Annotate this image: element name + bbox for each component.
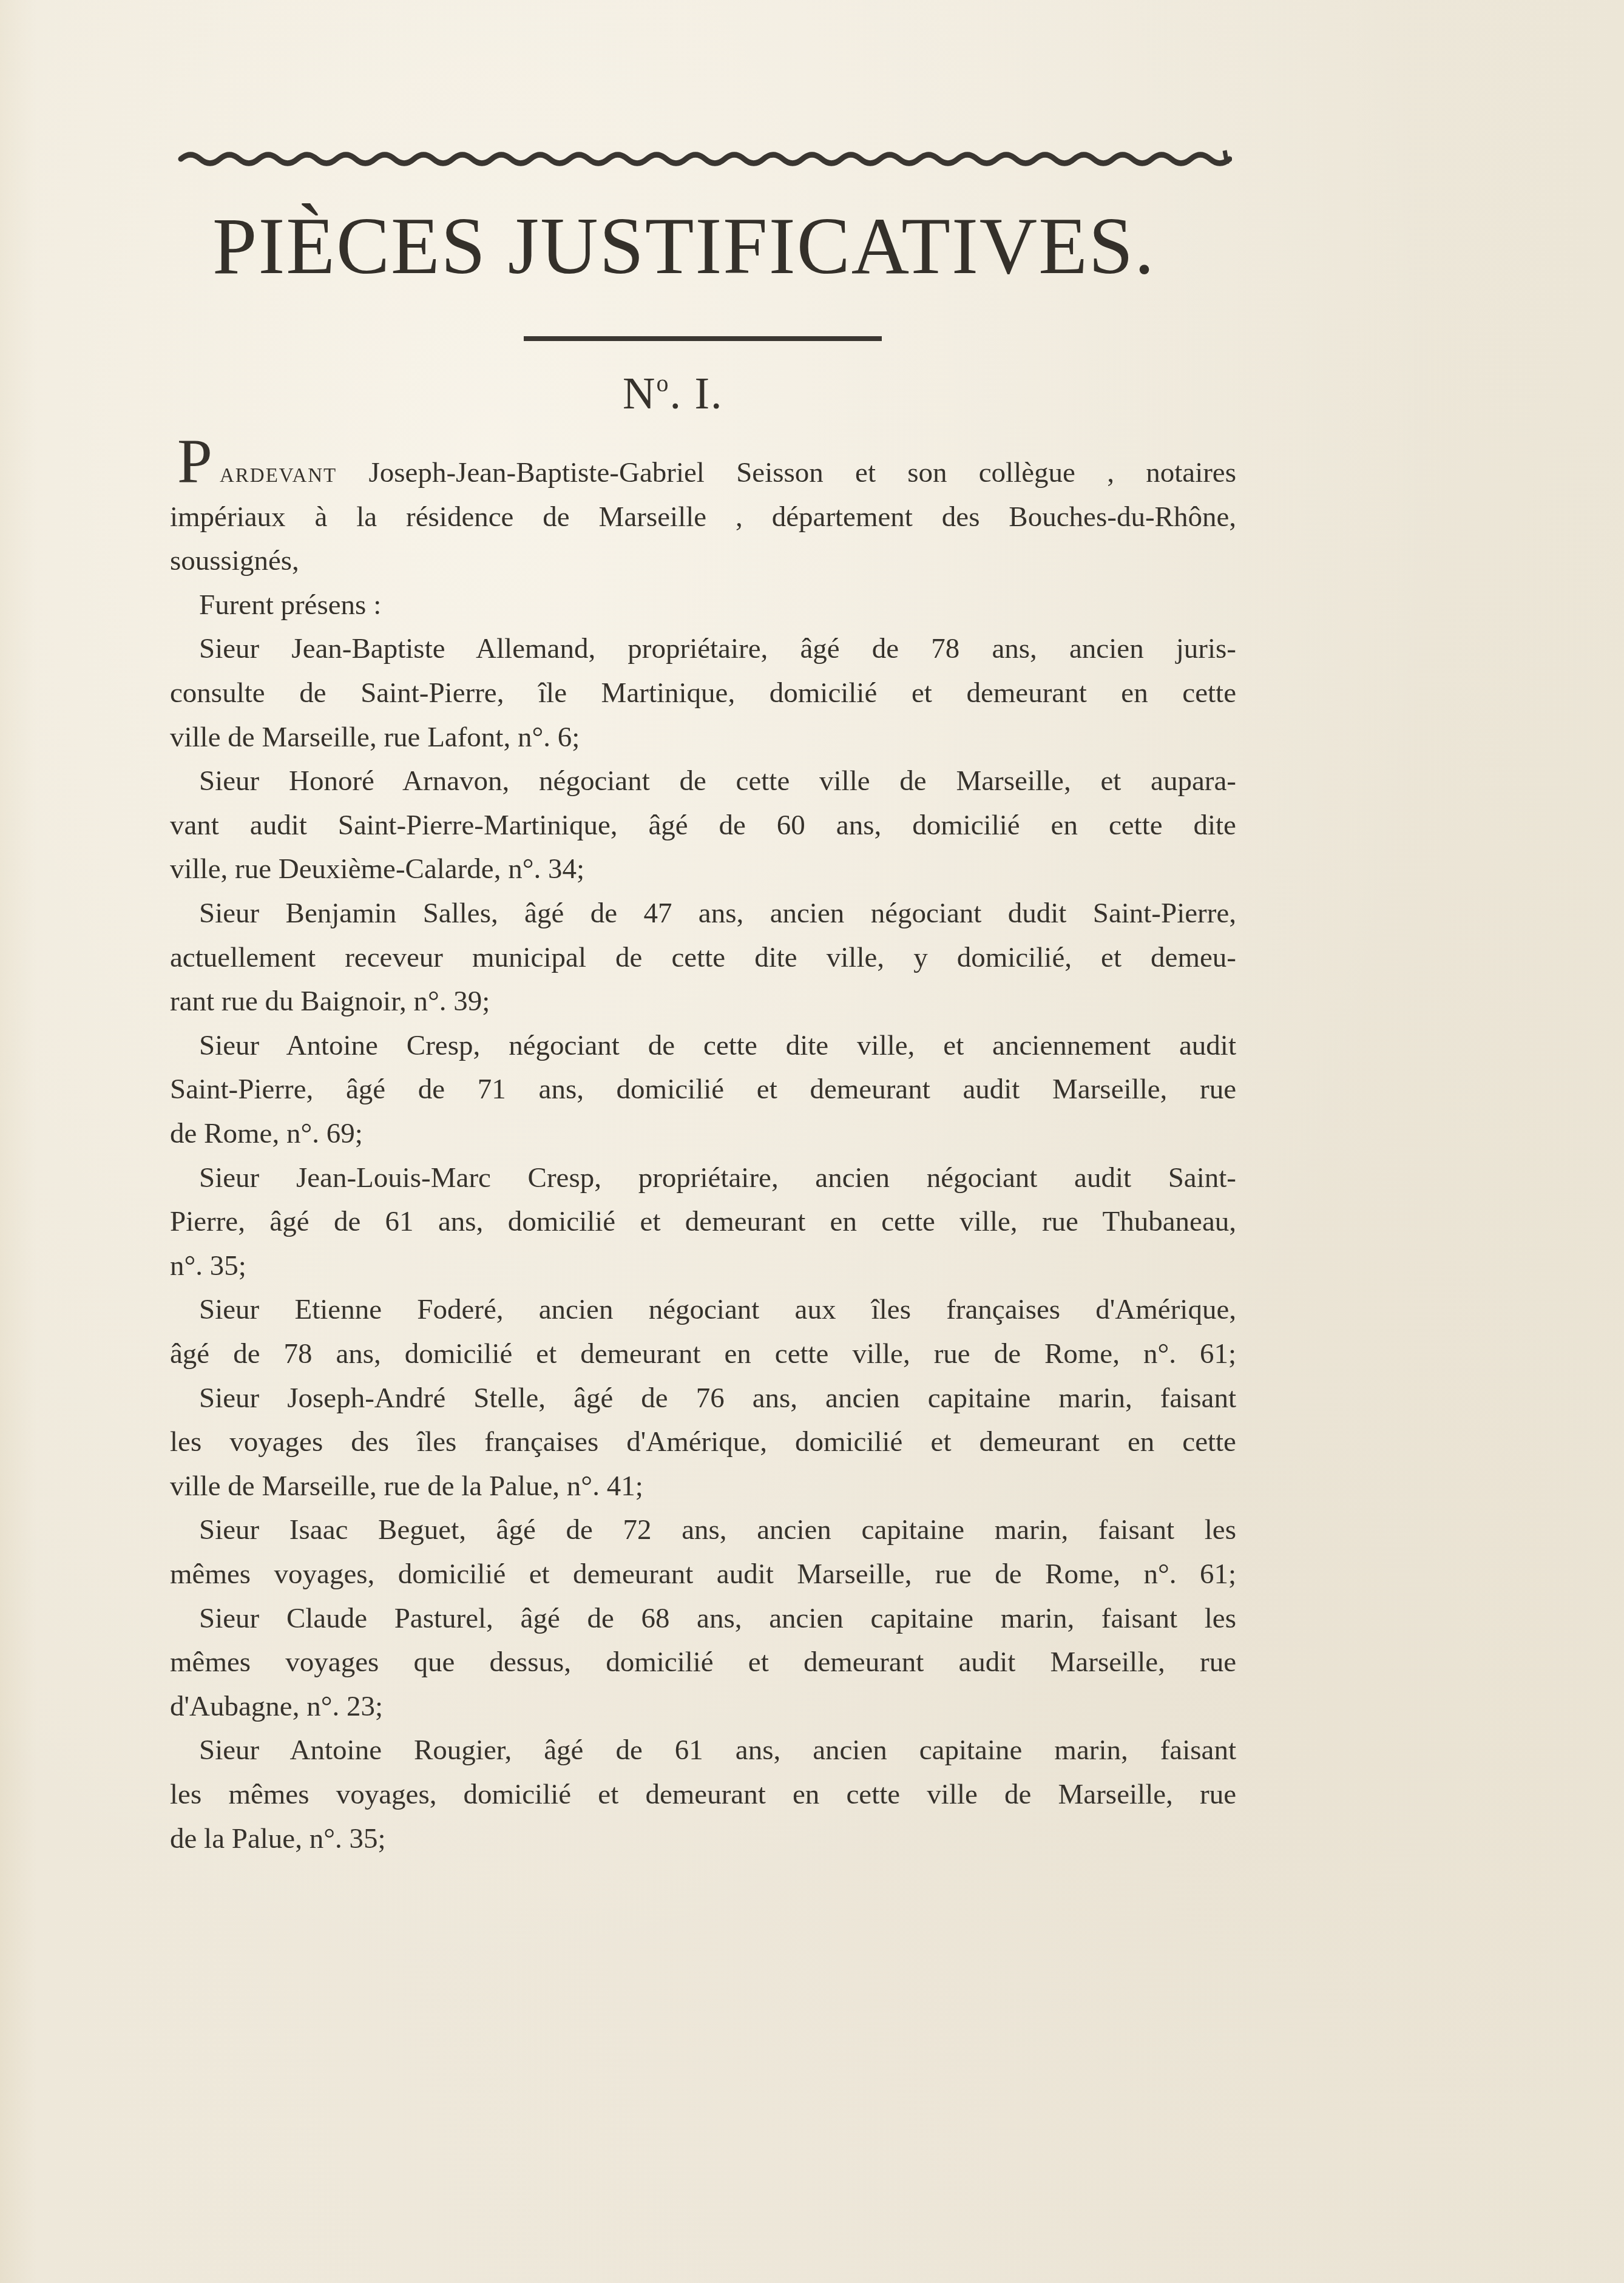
section-number: No. I. (623, 371, 723, 416)
text-line: Sieur Jean-Baptiste Allemand, propriétai… (199, 631, 1236, 667)
text-line: ville, rue Deuxième-Calarde, n°. 34; (170, 851, 584, 887)
text-line: actuellement receveur municipal de cette… (170, 939, 1236, 976)
section-number-rest: . I. (669, 369, 723, 419)
text-line: de Rome, n°. 69; (170, 1115, 363, 1152)
text-line: Sieur Claude Pasturel, âgé de 68 ans, an… (199, 1600, 1236, 1637)
text-line: Sieur Antoine Rougier, âgé de 61 ans, an… (199, 1732, 1236, 1768)
drop-cap: P (177, 430, 212, 493)
wavy-ornament-rule (177, 144, 1232, 169)
text-line: âgé de 78 ans, domicilié et demeurant en… (170, 1336, 1236, 1372)
first-line-text: Joseph-Jean-Baptiste-Gabriel Seisson et … (337, 457, 1236, 489)
section-divider-rule (524, 336, 882, 341)
text-line: impériaux à la résidence de Marseille , … (170, 499, 1236, 535)
section-number-prefix: N (623, 369, 656, 419)
page-title: PIÈCES JUSTIFICATIVES. (212, 205, 1193, 286)
text-line: ardevant Joseph-Jean-Baptiste-Gabriel Se… (220, 455, 1236, 491)
text-line: Sieur Joseph-André Stelle, âgé de 76 ans… (199, 1380, 1236, 1416)
section-number-sup: o (656, 370, 669, 397)
text-line: ville de Marseille, rue de la Palue, n°.… (170, 1468, 643, 1504)
text-line: les voyages des îles françaises d'Amériq… (170, 1424, 1236, 1460)
text-line: Sieur Antoine Cresp, négociant de cette … (199, 1027, 1236, 1064)
text-line: Pierre, âgé de 61 ans, domicilié et deme… (170, 1203, 1236, 1240)
opening-smallcaps: ardevant (220, 457, 337, 489)
text-line: Sieur Jean-Louis-Marc Cresp, propriétair… (199, 1160, 1236, 1196)
text-line: Sieur Isaac Beguet, âgé de 72 ans, ancie… (199, 1512, 1236, 1548)
text-line: mêmes voyages que dessus, domicilié et d… (170, 1644, 1236, 1680)
text-line: Sieur Benjamin Salles, âgé de 47 ans, an… (199, 895, 1236, 932)
text-line: soussignés, (170, 543, 299, 579)
text-line: Sieur Honoré Arnavon, négociant de cette… (199, 763, 1236, 799)
text-line: Furent présens : (199, 587, 1236, 623)
text-line: consulte de Saint-Pierre, île Martinique… (170, 675, 1236, 711)
text-line: de la Palue, n°. 35; (170, 1821, 386, 1857)
text-line: mêmes voyages, domicilié et demeurant au… (170, 1556, 1236, 1592)
text-line: rant rue du Baignoir, n°. 39; (170, 983, 490, 1020)
text-line: Saint-Pierre, âgé de 71 ans, domicilié e… (170, 1071, 1236, 1108)
text-line: Sieur Etienne Foderé, ancien négociant a… (199, 1291, 1236, 1328)
text-line: les mêmes voyages, domicilié et demeuran… (170, 1776, 1236, 1813)
text-line: d'Aubagne, n°. 23; (170, 1688, 383, 1725)
text-line: n°. 35; (170, 1248, 246, 1284)
text-line: vant audit Saint-Pierre-Martinique, âgé … (170, 807, 1236, 844)
text-line: ville de Marseille, rue Lafont, n°. 6; (170, 719, 580, 756)
